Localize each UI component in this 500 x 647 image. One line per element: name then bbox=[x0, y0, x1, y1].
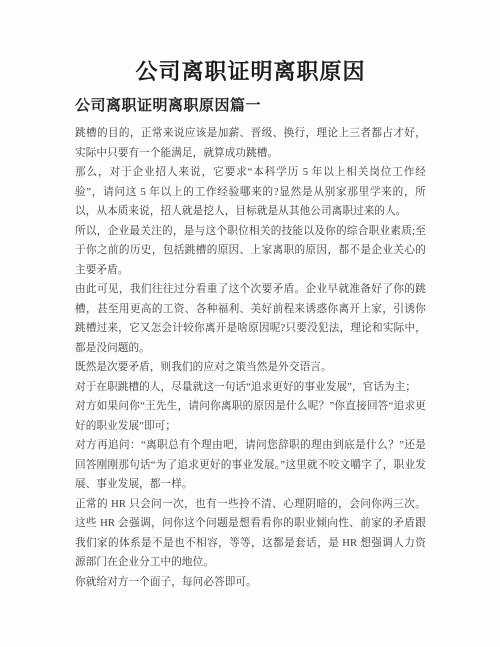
paragraph: 跳槽的目的，正常来说应该是加薪、晋级、换行，理论上三者都占才好，实际中只要有一个… bbox=[75, 124, 426, 163]
document-content: 公司离职证明离职原因 公司离职证明离职原因篇一 跳槽的目的，正常来说应该是加薪、… bbox=[0, 0, 500, 592]
page-title: 公司离职证明离职原因 bbox=[75, 56, 426, 88]
article-body: 跳槽的目的，正常来说应该是加薪、晋级、换行，理论上三者都占才好，实际中只要有一个… bbox=[75, 124, 426, 592]
paragraph: 那么，对于企业招人来说，它要求“本科学历 5 年以上相关岗位工作经验”，请问这 … bbox=[75, 163, 426, 222]
section-heading: 公司离职证明离职原因篇一 bbox=[75, 95, 426, 117]
paragraph: 正常的 HR 只会问一次，也有一些拎不清、心理阴暗的，会问你两三次。这些 HR … bbox=[75, 495, 426, 573]
paragraph: 既然是次要矛盾，则我们的应对之策当然是外交语言。 bbox=[75, 358, 426, 378]
paragraph: 由此可见，我们往往过分看重了这个次要矛盾。企业早就准备好了你的跳槽，甚至用更高的… bbox=[75, 280, 426, 358]
paragraph: 你就给对方一个面子，每问必答即可。 bbox=[75, 573, 426, 593]
paragraph: 对方如果问你“王先生，请问你离职的原因是什么呢？”你直接回答“追求更好的职业发展… bbox=[75, 397, 426, 436]
paragraph: 对方再追问：“离职总有个理由吧，请问您辞职的理由到底是什么？”还是回答刚刚那句话… bbox=[75, 436, 426, 495]
document-page: 公司离职证明离职原因 公司离职证明离职原因篇一 跳槽的目的，正常来说应该是加薪、… bbox=[0, 0, 500, 647]
paragraph: 所以，企业最关注的，是与这个职位相关的技能以及你的综合职业素质;至于你之前的历史… bbox=[75, 222, 426, 281]
paragraph: 对于在职跳槽的人，尽量就这一句话“追求更好的事业发展”，官话为主； bbox=[75, 378, 426, 398]
